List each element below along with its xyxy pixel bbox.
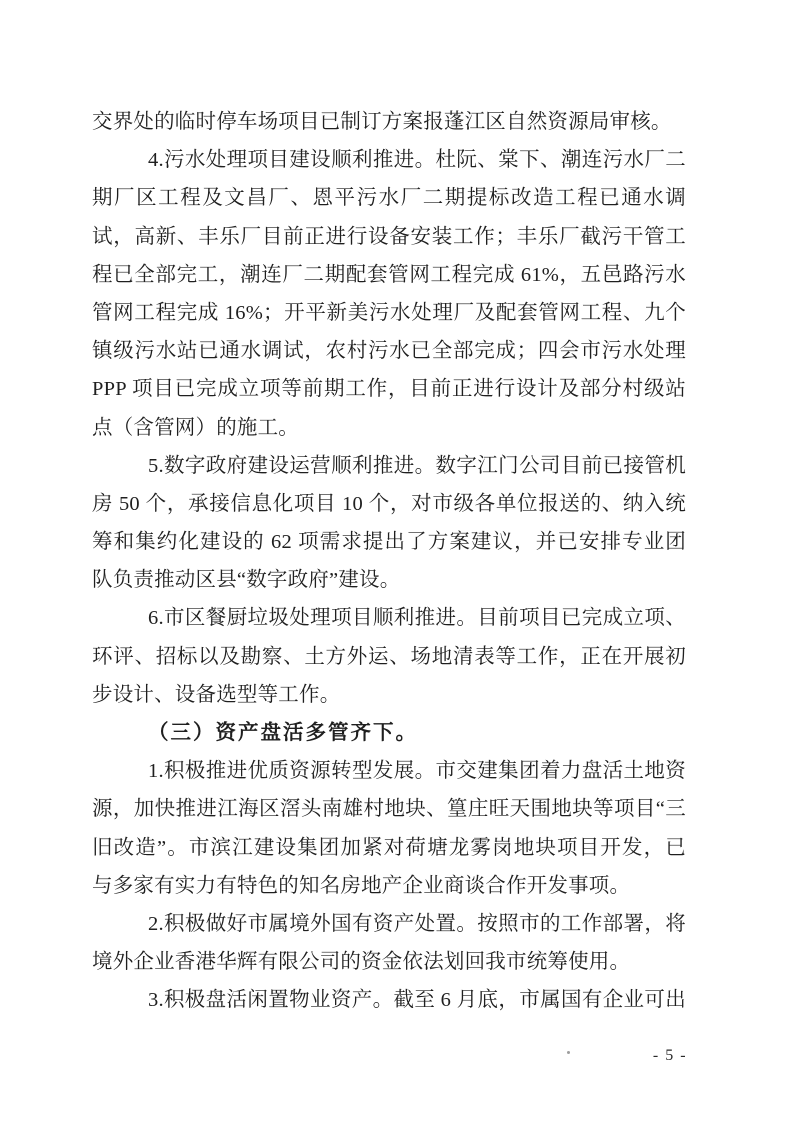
text-line: 筹和集约化建设的 62 项需求提出了方案建议，并已安排专业团 [92,523,686,561]
text-line: 旧改造”。市滨江建设集团加紧对荷塘龙雾岗地块项目开发，已 [92,829,686,867]
text-line: 队负责推动区县“数字政府”建设。 [92,561,686,599]
text-line: 期厂区工程及文昌厂、恩平污水厂二期提标改造工程已通水调 [92,179,686,217]
text-line: 环评、招标以及勘察、土方外运、场地清表等工作，正在开展初 [92,638,686,676]
text-line: 源，加快推进江海区滘头南雄村地块、篁庄旺天围地块等项目“三 [92,790,686,828]
text-line: 境外企业香港华辉有限公司的资金依法划回我市统筹使用。 [92,943,686,981]
text-line: 2.积极做好市属境外国有资产处置。按照市的工作部署，将 [92,905,686,943]
text-line: 6.市区餐厨垃圾处理项目顺利推进。目前项目已完成立项、 [92,599,686,637]
text-line: 点（含管网）的施工。 [92,409,686,447]
page-number: - 5 - [628,1046,712,1066]
document-body: 交界处的临时停车场项目已制订方案报蓬江区自然资源局审核。 4.污水处理项目建设顺… [92,103,686,1020]
text-line: 房 50 个，承接信息化项目 10 个，对市级各单位报送的、纳入统 [92,485,686,523]
scan-speck [567,1051,570,1054]
text-line: 交界处的临时停车场项目已制订方案报蓬江区自然资源局审核。 [92,103,686,141]
text-line: 镇级污水站已通水调试，农村污水已全部完成；四会市污水处理 [92,332,686,370]
text-line: 1.积极推进优质资源转型发展。市交建集团着力盘活土地资 [92,752,686,790]
text-line: 3.积极盘活闲置物业资产。截至 6 月底，市属国有企业可出 [92,981,686,1019]
text-line: PPP 项目已完成立项等前期工作，目前正进行设计及部分村级站 [92,370,686,408]
text-line: 与多家有实力有特色的知名房地产企业商谈合作开发事项。 [92,867,686,905]
text-line: 5.数字政府建设运营顺利推进。数字江门公司目前已接管机 [92,447,686,485]
text-line: 步设计、设备选型等工作。 [92,676,686,714]
text-line: 4.污水处理项目建设顺利推进。杜阮、棠下、潮连污水厂二 [92,141,686,179]
text-line: 试，高新、丰乐厂目前正进行设备安装工作；丰乐厂截污干管工 [92,218,686,256]
document-page: 交界处的临时停车场项目已制订方案报蓬江区自然资源局审核。 4.污水处理项目建设顺… [0,0,800,1132]
text-line: 程已全部完工，潮连厂二期配套管网工程完成 61%，五邑路污水 [92,256,686,294]
text-line: 管网工程完成 16%；开平新美污水处理厂及配套管网工程、九个 [92,294,686,332]
section-heading: （三）资产盘活多管齐下。 [92,714,686,752]
